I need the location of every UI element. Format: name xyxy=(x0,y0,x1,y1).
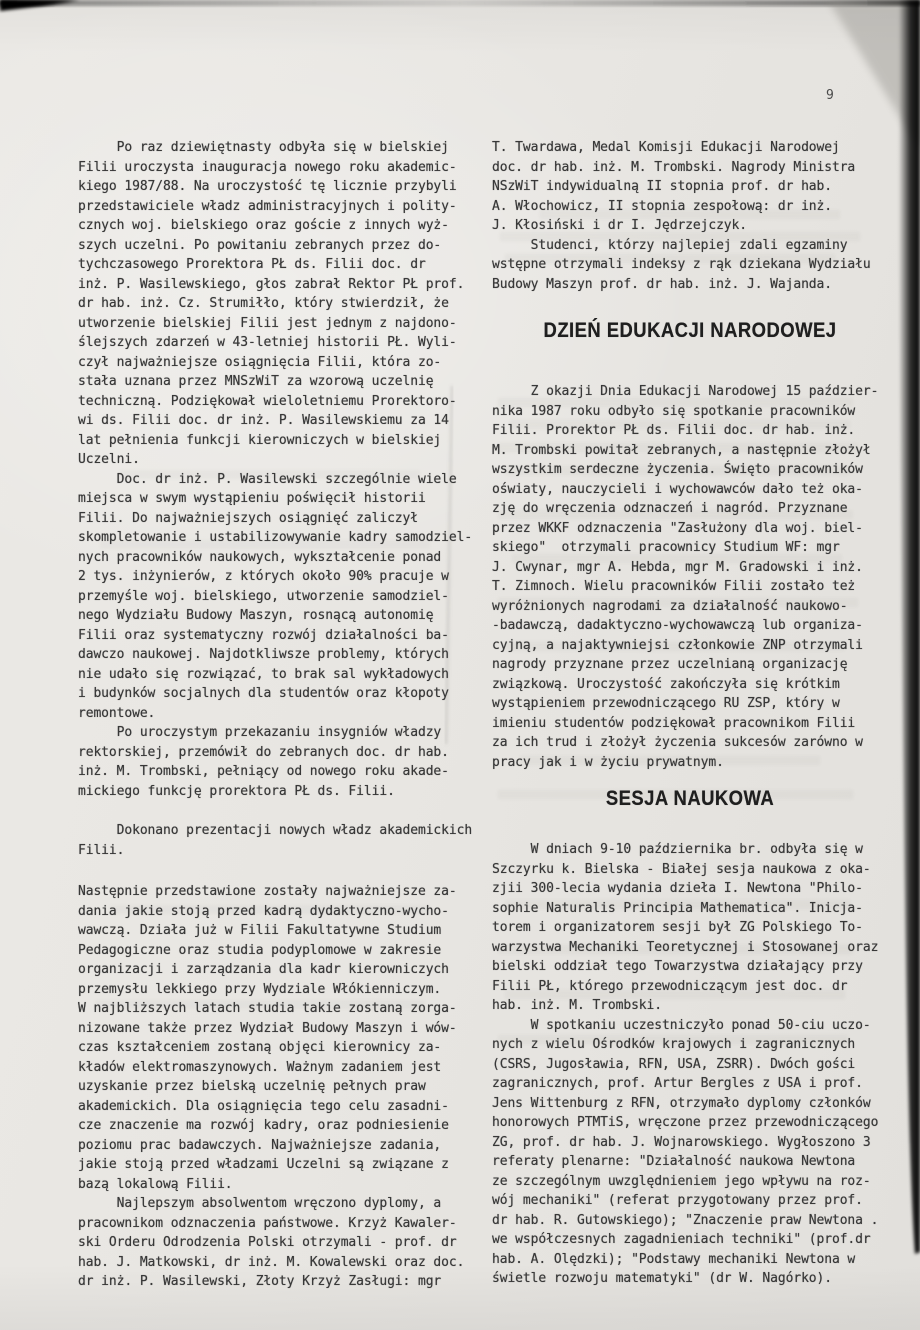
scanned-newsletter-page: 9 Po raz dziewiętnasty odbyła się w biel… xyxy=(0,0,920,1330)
top-right-fold-shadow xyxy=(828,0,920,150)
tasks-paragraph: Następnie przedstawione zostały najważni… xyxy=(78,882,478,1194)
top-edge-shadow xyxy=(0,0,920,6)
inauguration-paragraph-2: Doc. dr inż. P. Wasilewski szczególnie w… xyxy=(78,470,478,724)
awards-paragraph: Najlepszym absolwentom wręczono dyplomy,… xyxy=(78,1194,478,1292)
education-day-heading: DZIEŃ EDUKACJI NARODOWEJ xyxy=(516,318,864,344)
awards-continued-paragraph: T. Twardawa, Medal Komisji Edukacji Naro… xyxy=(492,138,888,236)
page-number: 9 xyxy=(826,88,834,103)
right-edge-shadow xyxy=(899,0,920,1254)
inauguration-paragraph-1: Po raz dziewiętnasty odbyła się w bielsk… xyxy=(78,138,478,470)
presentation-paragraph: Dokonano prezentacji nowych władz akadem… xyxy=(78,821,478,860)
top-left-corner-mark xyxy=(0,0,80,11)
science-session-paragraph-1: W dniach 9-10 października br. odbyła si… xyxy=(492,840,888,1016)
inauguration-paragraph-3: Po uroczystym przekazaniu insygniów wład… xyxy=(78,723,478,801)
students-paragraph: Studenci, którzy najlepiej zdali egzamin… xyxy=(492,236,888,295)
science-session-paragraph-2: W spotkaniu uczestniczyło ponad 50-ciu u… xyxy=(492,1016,888,1289)
education-day-paragraph: Z okazji Dnia Edukacji Narodowej 15 paźd… xyxy=(492,382,888,772)
science-session-heading: SESJA NAUKOWA xyxy=(516,786,864,812)
left-column: Po raz dziewiętnasty odbyła się w bielsk… xyxy=(78,138,478,1292)
right-column: T. Twardawa, Medal Komisji Edukacji Naro… xyxy=(492,138,888,1289)
